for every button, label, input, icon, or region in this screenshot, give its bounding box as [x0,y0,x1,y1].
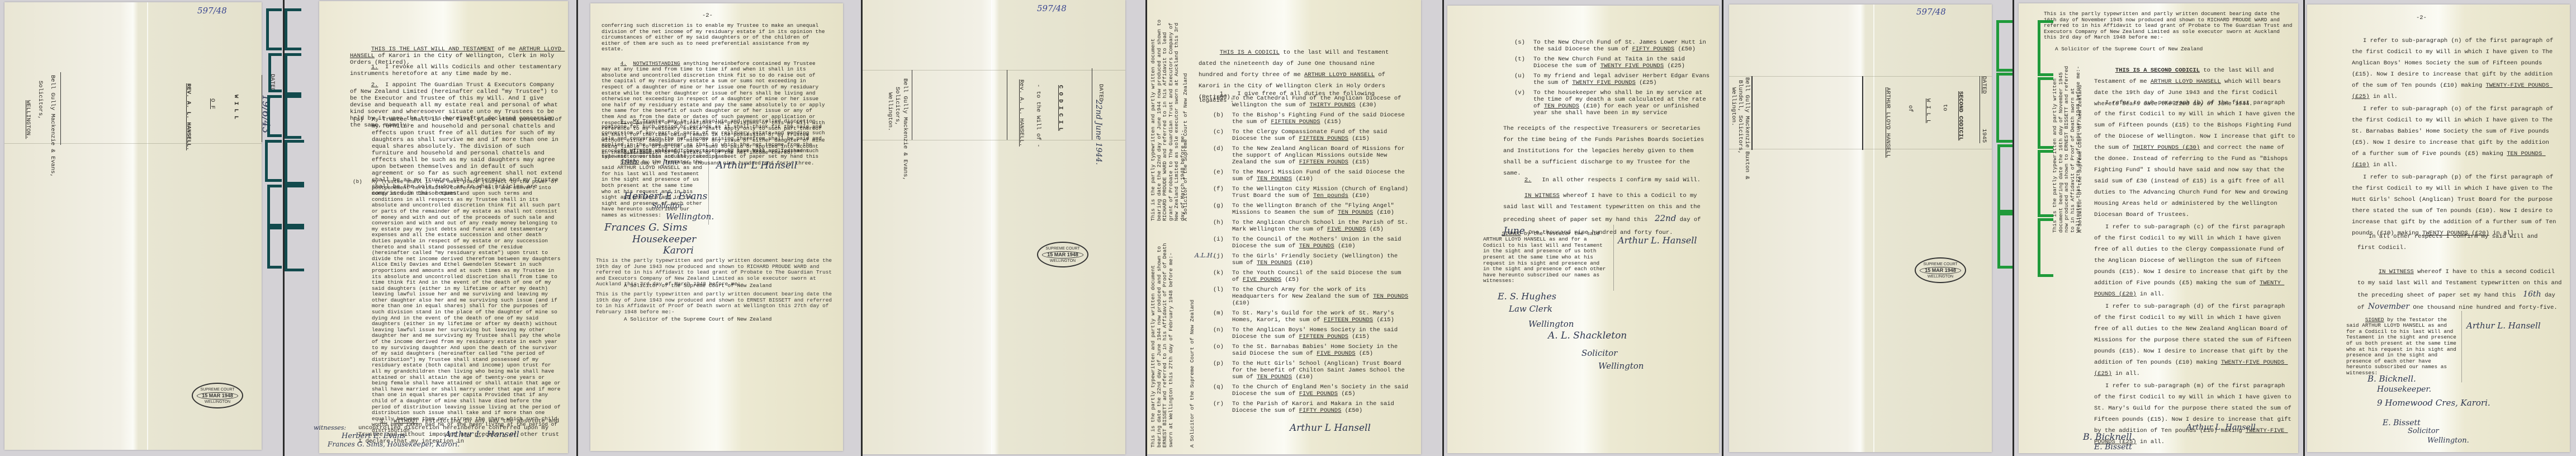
legacy-item: (g)To the Wellington Branch of the "Flyi… [1213,203,1409,216]
binding-tape [285,53,301,95]
binding-tape [1996,73,2012,143]
legacy-label: (d) [1213,145,1232,166]
legacy-amount: TEN POUNDS [1257,260,1292,266]
amendment-paragraph: I refer to sub-paragraph (d) of the firs… [2094,301,2295,379]
witness-1-occupation: Housekeeper. [2377,385,2431,394]
witness-signature-2: Frances G. Sims, Housekeeper, Karori. [328,440,460,448]
legacy-value: (£5) [1341,391,1355,397]
will-page-2-sheet: -2- conferring such discretion is to ena… [590,3,843,451]
witness-2-occupation: Housekeeper [632,234,696,245]
binding-tape [285,140,304,185]
testator-name: ARTHUR LLOYD HANSELL [2151,78,2221,85]
second-codicil-page-1-sheet: This is the partly typewritten and partl… [2019,3,2298,453]
probate-endorsement: This is the partly typewritten and partl… [2044,11,2295,41]
binding-tape [1997,213,2012,269]
legacy-text: To the Wellington City Mission (Church o… [1232,186,1409,199]
legacy-label: (n) [1213,327,1232,340]
dated-value: 22nd June 1944. [1094,100,1103,165]
legacy-text: To the Hutt Girls' School (Anglican) Tru… [1232,360,1409,380]
testator-signature: Arthur L Hansell [1290,422,1371,434]
rule-line [1007,70,1007,140]
confirm-clause: In all other respects I confirm my said … [2357,231,2559,253]
legacy-item: (f)To the Wellington City Mission (Churc… [1213,186,1409,199]
legacy-item: (k)To the Youth Council of the said Dioc… [1213,270,1409,283]
legacy-value: (£30) [1359,102,1377,109]
continuation-text: conferring such discretion is to enable … [602,23,828,53]
legacy-amount: FIFTEEN POUNDS [1271,119,1320,125]
second-codicil-solicitors-3: Wellington. [1730,87,1737,126]
legacy-label: (g) [1213,203,1232,216]
binding-tape [2038,150,2053,217]
binding-tape [265,140,282,182]
legacy-amount: TEN POUNDS [1544,103,1579,110]
second-codicil-heading: THIS IS A SECOND CODICIL [2115,67,2200,74]
attestation-clause: SIGNED by the Testator the said ARTHUR L… [1483,225,1614,290]
witness-day: 16th [2523,290,2541,299]
legacy-label: (j) [1213,253,1232,266]
legacy-value: (£25) [1639,79,1657,86]
amendment-list: I refer to sub-paragraph (b) of the firs… [2094,97,2295,449]
second-codicil-of: of [1907,105,1914,112]
legacy-amount: FIFTY POUNDS [1299,407,1342,414]
dated-year: 1945 [1981,129,1987,143]
file-reference: 597/48 [1037,3,1067,13]
fold-line [1729,149,1992,149]
probate-endorsement-sign: A Solicitor of the Supreme Court of New … [2055,46,2203,53]
legacy-item: (t)To the New Church Fund at Taita in th… [1514,56,1710,69]
legacy-amount: TWENTY FIVE POUNDS [1572,79,1635,86]
legacy-value: (£5) [1359,350,1373,357]
legacy-amount: TEN POUNDS [1338,209,1373,216]
codicil-page-2-sheet: (s)To the New Church Fund of St. James L… [1447,6,1719,453]
attestation-clause: SIGNED by the Testator the said ARTHUR L… [2346,311,2462,382]
binding-tape [266,8,282,50]
legacy-item: (u)To my friend and legal adviser Herber… [1514,73,1710,86]
legacy-item: (q)To the Church of England Men's Societ… [1213,384,1409,397]
legacy-value: (£10) [1376,209,1394,216]
binding-tape [267,185,282,227]
margin-note-witnesses: witnesses: [314,424,346,431]
death-endorsement-sign: A Solicitor of the Supreme Court of New … [624,317,771,323]
amendment-paragraph: I refer to sub-paragraph (b) of the firs… [2094,97,2295,220]
will-page-1-sheet: THIS IS THE LAST WILL AND TESTAMENT of m… [319,1,568,453]
legacy-value: (£10) [1338,243,1356,250]
margin-endorsement-death: This is the partly typewritten and partl… [1150,241,1174,448]
legacy-label: (t) [1514,56,1533,69]
legacy-amount: FIVE POUNDS [1299,391,1338,397]
page-number: -2- [702,12,713,19]
binding-tape [285,8,301,50]
binding-tape [267,95,282,137]
witness-month: November [2368,302,2409,311]
will-of: O F [209,98,216,109]
legacy-amount: FIFTEEN POUNDS [1324,317,1373,323]
rule-line [1092,68,1092,140]
binding-tape [285,95,301,139]
binding-tape [2038,77,2053,149]
binding-tape [2038,20,2053,76]
second-codicil-page-2-sheet: -2- I refer to sub-paragraph (n) of the … [2307,4,2570,452]
legacy-label: (c) [1213,129,1232,142]
legacy-amount: THIRTY POUNDS [1310,102,1356,109]
legacy-item: (d)To the New Zealand Anglican Board of … [1213,145,1409,166]
legacy-value: (£15) [1376,317,1394,323]
binding-tape [1997,144,2012,213]
file-reference: 597/48 [197,6,227,16]
legacy-value: (£5) [1370,226,1384,233]
witness-1-address: Wellington [1528,319,1574,329]
legacy-list: (a)To the Cathedral Fund of the Anglican… [1213,95,1409,417]
legacy-label: (v) [1514,90,1533,116]
codicil-subtitle: - to the Will of - [1035,84,1041,147]
legacy-text: To the New Zealand Anglican Board of Mis… [1232,145,1409,166]
amendment-paragraph: I refer to sub-paragraph (n) of the firs… [2352,35,2559,102]
legacy-text: To St. Mary's Guild for the work of St. … [1232,310,1409,323]
will-heading: THIS IS THE LAST WILL AND TESTAMENT [371,46,495,53]
witness-1-occupation: Law Clerk [1509,304,1552,314]
witness-2-name: Frances G. Sims [604,222,688,233]
second-codicil-title: SECOND CODICIL [1957,91,1964,140]
rule-line [912,70,912,140]
will-cover-sheet: 597/48 DATED 19/6/43 W I L L O F REV. A.… [4,2,262,450]
page-number: -2- [2416,15,2427,21]
legacy-value: (£5) [1285,276,1299,283]
will-solicitors-1: Bell Gully Mackenzie & Evans, [49,75,56,177]
legacy-label: (p) [1213,360,1232,380]
legacy-item: (i)To the Council of the Mothers' Union … [1213,236,1409,250]
testator-name: ARTHUR LLOYD HANSELL [1304,72,1375,78]
legacy-item: (o)To the St. Barnabas Babies' Home Soci… [1213,344,1409,357]
witness-1-signature: B. Bicknell. [2083,431,2135,442]
legacy-text: To the Cathedral Fund of the Anglican Di… [1232,95,1409,109]
second-codicil-solicitors-2: Blundell, Solicitors, [1737,80,1744,154]
binding-tape [2038,218,2053,277]
witness-2-name: A. L. Shackleton [1548,330,1627,341]
legacy-value: (£15) [1352,159,1370,166]
probate-endorsement-sign: A Solicitor of the Supreme Court of New … [624,283,771,289]
legacy-value: (£10) [1352,192,1370,199]
amendment-list: I refer to sub-paragraph (n) of the firs… [2352,35,2559,240]
legacy-label: (q) [1213,384,1232,397]
legacy-text: To the Church of England Men's Society i… [1232,384,1409,397]
legacy-label: (a) [1213,95,1232,109]
panel-codicil-cover: 597/48 DATED 22nd June 1944. C O D I C I… [863,0,1145,456]
witness-1-name: B. Bicknell. [2367,374,2416,384]
dated-label: DATED [1097,84,1104,102]
legacy-text: To the Anglican Church School in the Par… [1232,219,1409,233]
second-codicil-to: to [1942,104,1948,111]
legacy-value: (£10) [1232,300,1250,307]
legacy-amount: FIFTEEN POUNDS [1299,159,1348,166]
legacy-item: (n)To the Anglican Boys' Homes Society i… [1213,327,1409,340]
codicil-solicitors-1: Bell Gully Mackenzie & Evans, [902,78,908,181]
legacy-amount: TWENTY FIVE POUNDS [1600,63,1664,69]
legacy-text: To the Bishop's Fighting Fund of the sai… [1232,112,1409,125]
binding-tape [285,185,304,227]
legacy-label: (e) [1213,169,1232,182]
witness-2-address: Wellington [1598,361,1644,371]
rule-line [60,72,61,145]
legacy-text: To the Church Army for the work of its H… [1232,286,1409,307]
witness-1-occupation: Solicitor [652,202,683,210]
testator-signature: Arthur L. Hansell [1618,235,1697,246]
legacy-label: (u) [1514,73,1533,86]
legacy-label: (s) [1514,39,1533,53]
death-endorsement: This is the partly typewritten and partl… [596,292,836,315]
codicil-cover-sheet: 597/48 DATED 22nd June 1944. C O D I C I… [863,0,1125,454]
panel-codicil-page-1: This is the partly typewritten and partl… [1147,0,1442,456]
panel-will-cover: 597/48 DATED 19/6/43 W I L L O F REV. A.… [0,0,282,456]
testator-signature: Arthur L Hansell [716,160,797,171]
legacy-amount: Ten pounds [1313,192,1348,199]
fold-line [991,0,992,454]
codicil-solicitors-3: Wellington. [887,92,893,131]
legacy-text: To the Wellington Branch of the "Flying … [1232,203,1409,216]
legacy-label: (m) [1213,310,1232,323]
amendment-paragraph: I refer to sub-paragraph (c) of the firs… [2094,222,2295,300]
legacy-amount: FIVE POUNDS [1327,226,1366,233]
witness-1-name: E. S. Hughes [1498,291,1556,302]
codicil-page-1-sheet: This is the partly typewritten and partl… [1147,0,1421,454]
legacy-item: (c)To the Clergy Compassionate Fund of t… [1213,129,1409,142]
subclause-b: (b)My Trustee shall in the next place (s… [353,179,562,434]
will-title: W I L L [233,95,239,119]
legacy-amount: TEN POUNDS [1373,293,1408,300]
legacy-text: To the Parish of Karori and Makara in th… [1232,401,1409,414]
witness-1-name: Herbert E. Evans [624,191,707,202]
will-testator: REV. A. L. HANSELL. [185,83,192,151]
fold-line [147,2,148,450]
second-codicil-cover-sheet: 597/48 DATED 1945 SECOND CODICIL to W I … [1729,4,1992,452]
legacy-list: (s)To the New Church Fund of St. James L… [1514,39,1710,120]
legacy-label: (i) [1213,236,1232,250]
legacy-text: To the Council of the Mothers' Union in … [1232,236,1409,250]
legacy-text: To the housekeeper who shall be in my se… [1533,90,1710,116]
panel-codicil-page-2: (s)To the New Church Fund of St. James L… [1444,0,1722,456]
legacy-text: To the New Church Fund of St. James Lowe… [1533,39,1710,53]
panel-will-page-2: -2- conferring such discretion is to ena… [578,0,861,456]
legacy-value: (£10) [1295,374,1313,380]
legacy-label: (b) [1213,112,1232,125]
legacy-label: (o) [1213,344,1232,357]
binding-tape [267,227,282,269]
legacy-item: (l)To the Church Army for the work of it… [1213,286,1409,307]
amendment-paragraph: I refer to sub-paragraph (p) of the firs… [2352,172,2559,239]
legacy-text: To my friend and legal adviser Herbert E… [1533,73,1710,86]
testator-signature: Arthur L. Hansell [445,429,519,439]
dated-label: DATED [1981,76,1987,94]
legacy-value: (£15) [1324,119,1342,125]
legacy-value: (£10) [1295,176,1313,182]
legacy-value: (£50) [1678,46,1696,53]
panel-will-page-1: THIS IS THE LAST WILL AND TESTAMENT of m… [285,0,576,456]
legacy-amount: TEN POUNDS [1299,243,1334,250]
margin-endorsement-death-sign: A Solicitor of the Supreme Court of New … [1190,300,1196,448]
fold-line [1873,4,1874,452]
witness-1-address: Wellington. [666,211,714,222]
codicil-solicitors-2: Solicitors, [894,87,901,125]
legacy-amount: FIFTEEN POUNDS [1299,135,1348,142]
codicil-testator: Rev. A. L. HANSELL. [1018,79,1025,147]
panel-second-codicil-page-1: This is the partly typewritten and partl… [2014,0,2303,456]
testator-signature: Arthur L. Hansell [2186,423,2256,432]
legacy-value: (£50) [1345,407,1363,414]
legacy-item: (r)To the Parish of Karori and Makara in… [1213,401,1409,414]
fold-line [863,70,1125,70]
binding-tape [268,53,282,92]
amendment-amount: THIRTY POUNDS (£30) [2133,144,2200,151]
second-codicil-testator: ARTHUR LLOYD HANSELL [1884,87,1891,158]
witness-2-address: Karori [663,245,694,256]
witness-2-occupation: Solicitor [2408,427,2439,435]
testator-signature: Arthur L. Hansell [2466,321,2541,331]
legacy-item: (h)To the Anglican Church School in the … [1213,219,1409,233]
will-solicitors-3: WELLINGTON. [25,100,31,139]
panel-second-codicil-cover: 597/48 DATED 1945 SECOND CODICIL to W I … [1723,0,2012,456]
legacy-text: To the Maori Mission Fund of the said Di… [1232,169,1409,182]
binding-tape [1996,20,2012,72]
legacy-text: To the Clergy Compassionate Fund of the … [1232,129,1409,142]
panel-second-codicil-page-2: -2- I refer to sub-paragraph (n) of the … [2305,0,2576,456]
legacy-text: To the Girls' Friendly Society (Wellingt… [1232,253,1409,266]
stamp-date: 15 MAR 1948 [197,392,238,399]
legacy-label: (l) [1213,286,1232,307]
legacy-item: (e)To the Maori Mission Fund of the said… [1213,169,1409,182]
legacy-label: (f) [1213,186,1232,199]
legacy-text: To the New Church Fund at Taita in the s… [1533,56,1710,69]
court-stamp: SUPREME COURT 15 MAR 1948 WELLINGTON [192,383,243,408]
second-codicil-will: W I L L [1925,98,1931,123]
legacy-value: (£25) [1667,63,1685,69]
legacy-amount: FIFTY POUNDS [1632,46,1674,53]
court-stamp: SUPREME COURT 15 MAR 1948 WELLINGTON [1037,242,1088,267]
legacy-amount: TEN POUNDS [1257,176,1292,182]
legacy-value: (£15) [1352,333,1370,340]
legacy-amount: FIVE POUNDS [1317,350,1355,357]
legacy-amount: FIFTEEN POUNDS [1299,333,1348,340]
codicil-title: C O D I C I L [1057,85,1064,131]
witness-2-name: E. Bissett [2383,419,2421,427]
legacy-amount: FIVE POUNDS [1243,276,1281,283]
legacy-value: (£15) [1352,135,1370,142]
rule-line [1751,76,1753,150]
legacy-item: (s)To the New Church Fund of St. James L… [1514,39,1710,53]
margin-endorsement-probate-sign: A Solicitor of the Supreme Court of New … [1183,73,1189,221]
witness-day: 22nd [1655,213,1676,223]
witness-2-address: Wellington. [2427,436,2469,445]
witness-signature-1: Herbert E. Evans [342,432,405,440]
margin-endorsement-probate: This is the partly typewritten and partl… [1150,14,1186,221]
margin-endorsement-death-sign: A Solicitor of the Supreme Court of New … [2077,85,2083,233]
legacy-item: (v)To the housekeeper who shall be in my… [1514,90,1710,116]
court-stamp: SUPREME COURT 15 MAR 1948 WELLINGTON [1915,257,1966,283]
legacy-item: (p)To the Hutt Girls' School (Anglican) … [1213,360,1409,380]
amendment-paragraph: I refer to sub-paragraph (o) of the firs… [2352,104,2559,171]
legacy-item: (m)To St. Mary's Guild for the work of S… [1213,310,1409,323]
legacy-text: To the St. Barnabas Babies' Home Society… [1232,344,1409,357]
witness-2-signature: E. Bissett [2094,443,2132,452]
witness-2-occupation: Solicitor [1581,348,1617,358]
legacy-item: (b)To the Bishop's Fighting Fund of the … [1213,112,1409,125]
rule-line [1980,76,1980,143]
will-solicitors-2: Solicitors, [37,81,44,119]
legacy-amount: TEN POUNDS [1257,374,1292,380]
legacy-text: To the Youth Council of the said Diocese… [1232,270,1409,283]
file-reference: 597/48 [1916,7,1946,17]
legacy-label: (r) [1213,401,1232,414]
legacy-item: (a)To the Cathedral Fund of the Anglican… [1213,95,1409,109]
binding-tape [285,227,304,271]
legacy-item: (j)To the Girls' Friendly Society (Welli… [1213,253,1409,266]
legacy-label: (h) [1213,219,1232,233]
witness-1-address: 9 Homewood Cres, Karori. [2377,398,2490,408]
fold-line [4,143,262,144]
codicil-heading: THIS IS A CODICIL [1220,49,1280,56]
legacy-label: (k) [1213,270,1232,283]
legacy-text: To the Anglican Boys' Homes Society in t… [1232,327,1409,340]
legacy-value: (£10) [1295,260,1313,266]
stamp-top: SUPREME COURT [200,387,234,392]
rule-line [1862,76,1863,150]
margin-initials: A.L.H. [1195,252,1214,259]
second-codicil-solicitors-1: Bell Gully Mackenzie Buxton & [1744,77,1750,180]
stamp-bottom: WELLINGTON [205,399,230,405]
fold-line [1729,76,1992,77]
